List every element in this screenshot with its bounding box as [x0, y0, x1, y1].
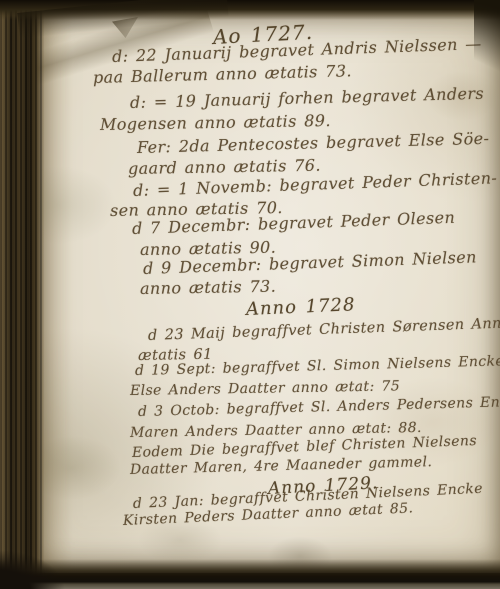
book-cover-bottom-left-corner — [0, 537, 86, 589]
manuscript-photo: Ao 1727. d: 22 Januarij begravet Andris … — [0, 0, 500, 589]
book-cover-top-right-corner — [474, 0, 500, 78]
book-binding-edge — [0, 0, 44, 581]
parchment-page — [30, 10, 500, 573]
